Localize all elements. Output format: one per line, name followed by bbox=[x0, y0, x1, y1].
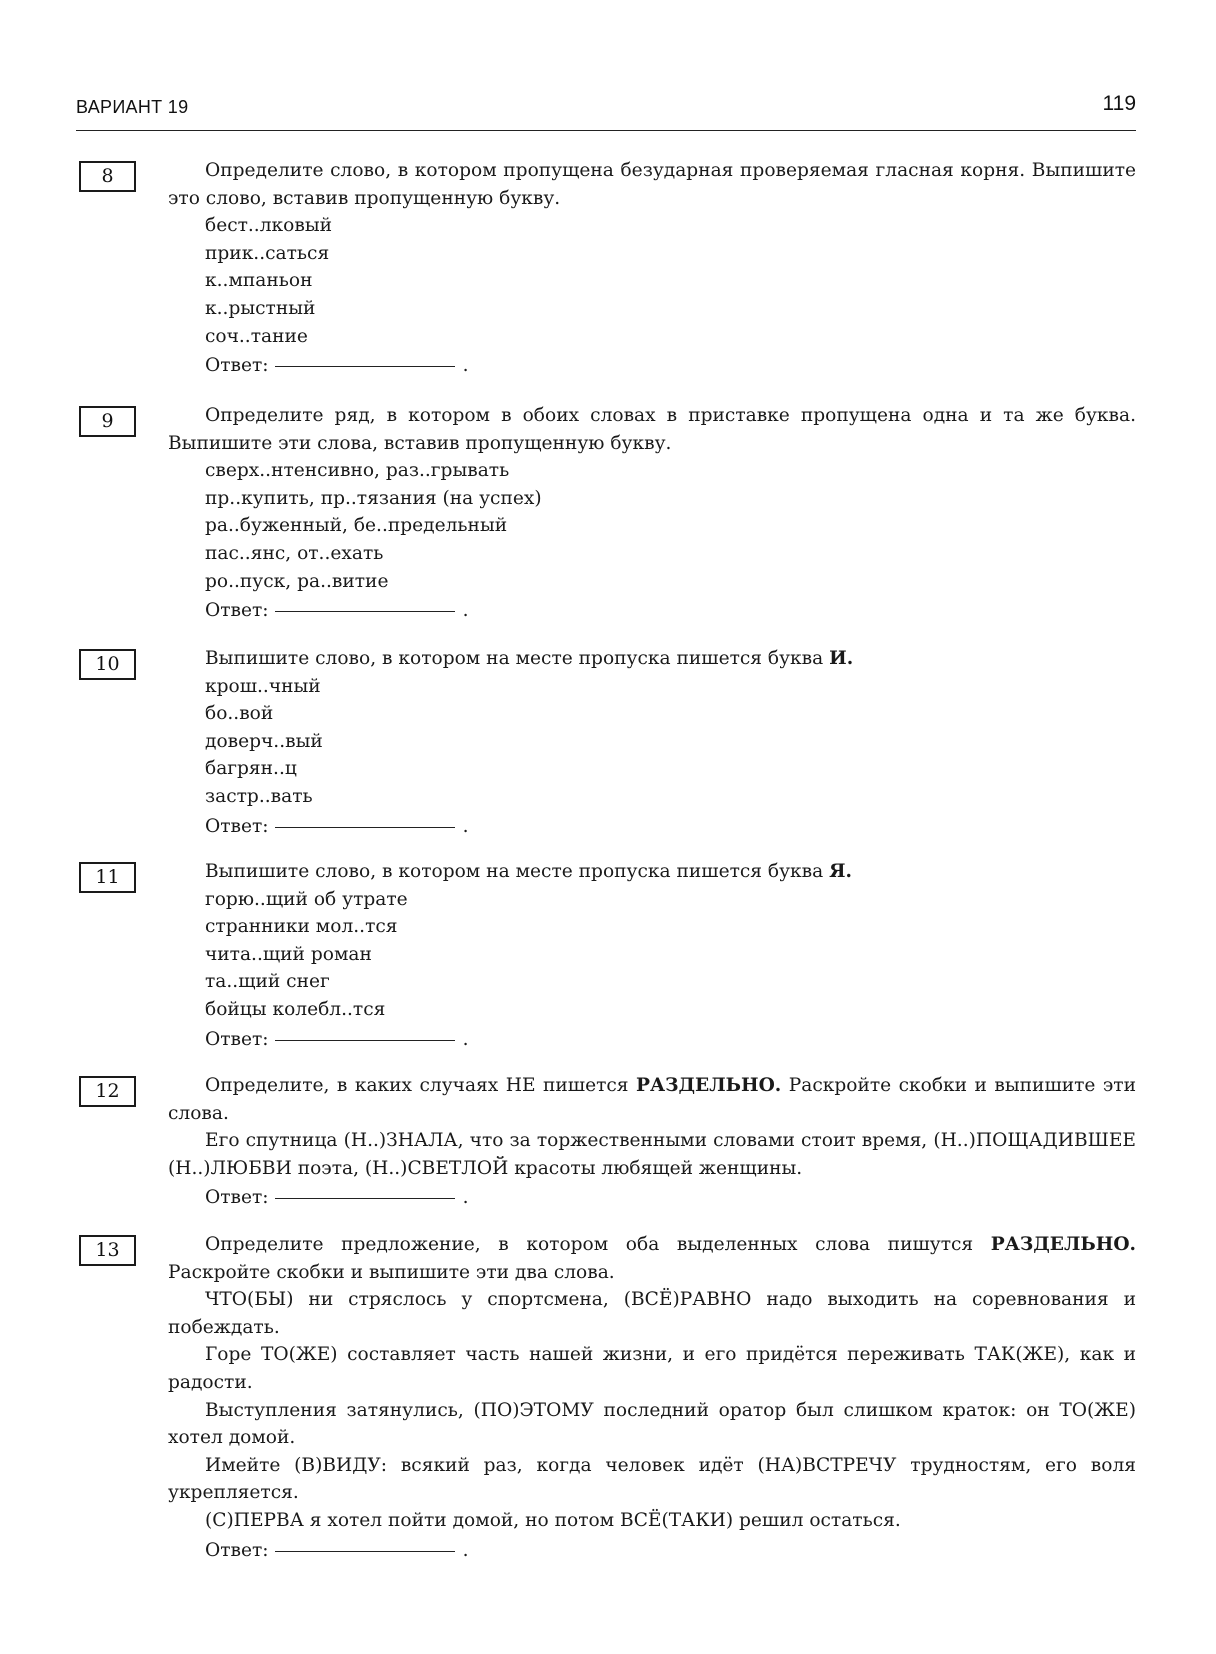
answer-period: . bbox=[463, 600, 469, 621]
option: крош..чный bbox=[168, 673, 1136, 701]
variant-title: ВАРИАНТ 19 bbox=[76, 97, 188, 118]
answer-label: Ответ: bbox=[205, 1029, 269, 1050]
option: соч..тание bbox=[168, 323, 1136, 351]
option: застр..вать bbox=[168, 783, 1136, 811]
task-number-box: 13 bbox=[79, 1235, 136, 1266]
option: багрян..ц bbox=[168, 755, 1136, 783]
answer-period: . bbox=[463, 355, 469, 376]
answer-period: . bbox=[463, 1187, 469, 1208]
option: странники мол..тся bbox=[168, 913, 1136, 941]
answer-period: . bbox=[463, 1029, 469, 1050]
prompt-text: Раскройте скобки и выпишите эти два слов… bbox=[168, 1262, 615, 1283]
answer-label: Ответ: bbox=[205, 1187, 269, 1208]
answer-blank[interactable] bbox=[275, 1197, 455, 1199]
task-number-box: 10 bbox=[79, 649, 136, 680]
task-number-box: 9 bbox=[79, 406, 136, 437]
task-prompt: Выпишите слово, в котором на месте пропу… bbox=[168, 858, 1136, 886]
task-number-box: 11 bbox=[79, 862, 136, 893]
option: бест..лковый bbox=[168, 212, 1136, 240]
option: бойцы колебл..тся bbox=[168, 996, 1136, 1024]
prompt-text: Определите, в каких случаях НЕ пишется bbox=[205, 1075, 636, 1096]
prompt-text: Выпишите слово, в котором на месте пропу… bbox=[205, 648, 829, 669]
answer-field[interactable]: Ответ:. bbox=[168, 597, 1136, 625]
answer-label: Ответ: bbox=[205, 816, 269, 837]
answer-field[interactable]: Ответ:. bbox=[168, 1184, 1136, 1212]
answer-field[interactable]: Ответ:. bbox=[168, 352, 1136, 380]
answer-blank[interactable] bbox=[275, 1550, 455, 1552]
task-prompt: Определите, в каких случаях НЕ пишется Р… bbox=[168, 1072, 1136, 1127]
prompt-emphasis: Я. bbox=[829, 861, 852, 882]
option: к..рыстный bbox=[168, 295, 1136, 323]
option: горю..щий об утрате bbox=[168, 886, 1136, 914]
prompt-text: Определите предложение, в котором оба вы… bbox=[205, 1234, 991, 1255]
sentence: ЧТО(БЫ) ни стряслось у спортсмена, (ВСЁ)… bbox=[168, 1286, 1136, 1341]
task-prompt: Определите предложение, в котором оба вы… bbox=[168, 1231, 1136, 1286]
option: та..щий снег bbox=[168, 968, 1136, 996]
answer-field[interactable]: Ответ:. bbox=[168, 813, 1136, 841]
page-header: ВАРИАНТ 19 119 bbox=[76, 92, 1136, 131]
prompt-emphasis: И. bbox=[829, 648, 853, 669]
answer-blank[interactable] bbox=[275, 1039, 455, 1041]
option: бо..вой bbox=[168, 700, 1136, 728]
sentence: Имейте (В)ВИДУ: всякий раз, когда челове… bbox=[168, 1452, 1136, 1507]
task-number-box: 8 bbox=[79, 161, 136, 192]
answer-field[interactable]: Ответ:. bbox=[168, 1026, 1136, 1054]
sentence: Горе ТО(ЖЕ) составляет часть нашей жизни… bbox=[168, 1341, 1136, 1396]
option: доверч..вый bbox=[168, 728, 1136, 756]
option: чита..щий роман bbox=[168, 941, 1136, 969]
task-text: Его спутница (Н..)ЗНАЛА, что за торжеств… bbox=[168, 1127, 1136, 1182]
answer-label: Ответ: bbox=[205, 1540, 269, 1561]
sentence: Выступления затянулись, (ПО)ЭТОМУ послед… bbox=[168, 1397, 1136, 1452]
answer-period: . bbox=[463, 1540, 469, 1561]
option: к..мпаньон bbox=[168, 267, 1136, 295]
sentence: (С)ПЕРВА я хотел пойти домой, но потом В… bbox=[168, 1507, 1136, 1535]
prompt-text: Выпишите слово, в котором на месте пропу… bbox=[205, 861, 829, 882]
answer-blank[interactable] bbox=[275, 610, 455, 612]
prompt-emphasis: РАЗДЕЛЬНО. bbox=[636, 1075, 781, 1096]
answer-blank[interactable] bbox=[275, 826, 455, 828]
answer-label: Ответ: bbox=[205, 600, 269, 621]
prompt-emphasis: РАЗДЕЛЬНО. bbox=[991, 1234, 1136, 1255]
page-number: 119 bbox=[1103, 92, 1136, 116]
answer-field[interactable]: Ответ:. bbox=[168, 1537, 1136, 1565]
task-number-box: 12 bbox=[79, 1076, 136, 1107]
answer-label: Ответ: bbox=[205, 355, 269, 376]
option: пас..янс, от..ехать bbox=[168, 540, 1136, 568]
option: прик..саться bbox=[168, 240, 1136, 268]
option: ро..пуск, ра..витие bbox=[168, 568, 1136, 596]
task-prompt: Определите слово, в котором пропущена бе… bbox=[168, 157, 1136, 212]
option: сверх..нтенсивно, раз..грывать bbox=[168, 457, 1136, 485]
task-prompt: Выпишите слово, в котором на месте пропу… bbox=[168, 645, 1136, 673]
task-prompt: Определите ряд, в котором в обоих словах… bbox=[168, 402, 1136, 457]
answer-period: . bbox=[463, 816, 469, 837]
option: пр..купить, пр..тязания (на успех) bbox=[168, 485, 1136, 513]
answer-blank[interactable] bbox=[275, 365, 455, 367]
option: ра..буженный, бе..предельный bbox=[168, 512, 1136, 540]
